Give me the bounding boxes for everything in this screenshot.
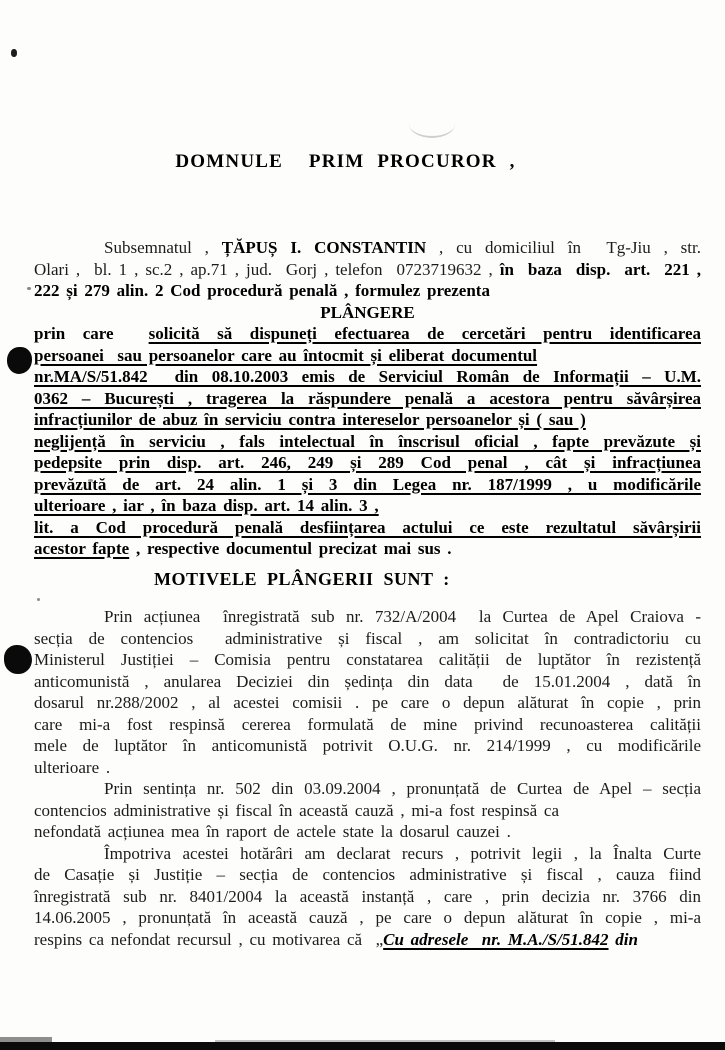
scan-speck xyxy=(37,598,40,601)
text-segment: pedepsite prin disp. art. 246, 249 și 28… xyxy=(34,453,701,472)
text-segment: nr.MA/S/51.842 din 08.10.2003 emis de Se… xyxy=(34,367,701,386)
petition-line10: lit. a Cod procedură penală desființarea… xyxy=(34,517,701,539)
text-segment: ȚĂPUȘ I. CONSTANTIN xyxy=(222,238,426,257)
para2-line5: dosarul nr.288/2002 , al acestei comisii… xyxy=(34,692,701,714)
scanned-page: DOMNULE PRIM PROCUROR , Subsemnatul , ȚĂ… xyxy=(0,0,725,1050)
text-segment: neglijență în serviciu , fals intelectua… xyxy=(34,432,701,451)
text-segment: lit. a Cod procedură penală desființarea… xyxy=(34,518,701,537)
text-segment: Cu adresele nr. M.A./S/51.842 xyxy=(383,930,608,949)
para2-line2: secția de contencios administrative și f… xyxy=(34,628,701,650)
text-segment: 0362 – București , tragerea la răspunder… xyxy=(34,389,701,408)
text-segment: persoanei sau persoanelor care au întocm… xyxy=(34,346,537,365)
text-segment: de Casație și Justiție – secția de conte… xyxy=(34,865,701,884)
text-segment: Ministerul Justiției – Comisia pentru co… xyxy=(34,650,701,669)
text-segment: Prin acțiunea înregistrată sub nr. 732/A… xyxy=(104,607,701,626)
petition-line5: infracțiunilor de abuz în serviciu contr… xyxy=(34,409,701,431)
text-segment: , respective documentul precizat mai sus… xyxy=(129,539,451,558)
para2-line1: Prin acțiunea înregistrată sub nr. 732/A… xyxy=(34,606,701,628)
para4-line1: Împotriva acestei hotărâri am declarat r… xyxy=(34,843,701,865)
text-segment: prin care xyxy=(34,324,149,343)
text-segment: solicită să dispuneți efectuarea de cerc… xyxy=(149,324,701,343)
text-segment: ulterioare . xyxy=(34,758,110,777)
text-segment: „ xyxy=(376,930,384,949)
plangere-heading: PLÂNGERE xyxy=(34,302,701,324)
text-segment: MOTIVELE PLÂNGERII SUNT : xyxy=(154,569,450,589)
text-segment: prevăzută de art. 24 alin. 1 și 3 din Le… xyxy=(34,475,701,494)
text-segment: în baza disp. art. 221 , xyxy=(500,260,701,279)
scan-speck xyxy=(11,49,17,57)
text-segment: ulterioare , iar , în baza disp. art. 14… xyxy=(34,496,379,515)
para2-line4: anticomunistă , anularea Deciziei din șe… xyxy=(34,671,701,693)
para3-line3: nefondată acțiunea mea în raport de acte… xyxy=(34,821,701,843)
text-segment: dosarul nr.288/2002 , al acestei comisii… xyxy=(34,693,701,712)
para4-line5: respins ca nefondat recursul , cu motiva… xyxy=(34,929,701,951)
text-segment: din xyxy=(609,930,638,949)
scan-speck xyxy=(27,287,31,290)
para1-line1: Subsemnatul , ȚĂPUȘ I. CONSTANTIN , cu d… xyxy=(34,237,701,259)
petition-line1: prin care solicită să dispuneți efectuar… xyxy=(34,323,701,345)
para3-line1: Prin sentința nr. 502 din 03.09.2004 , p… xyxy=(34,778,701,800)
scan-arc-artifact xyxy=(409,114,455,138)
para4-line2: de Casație și Justiție – secția de conte… xyxy=(34,864,701,886)
scan-speck xyxy=(88,479,93,482)
para2-line3: Ministerul Justiției – Comisia pentru co… xyxy=(34,649,701,671)
petition-line4: 0362 – București , tragerea la răspunder… xyxy=(34,388,701,410)
hole-punch-mark xyxy=(4,645,32,674)
text-segment: respins ca nefondat recursul , cu motiva… xyxy=(34,930,376,949)
petition-line6: neglijență în serviciu , fals intelectua… xyxy=(34,431,701,453)
para2-line8: ulterioare . xyxy=(34,757,701,779)
para4-line3: înregistrată sub nr. 8401/2004 la aceast… xyxy=(34,886,701,908)
text-segment: 14.06.2005 , pronunțată în această cauză… xyxy=(34,908,701,927)
text-segment: , cu domiciliul în Tg-Jiu , str. xyxy=(426,238,701,257)
text-segment: PLÂNGERE xyxy=(320,303,414,322)
text-segment: contencios administrative și fiscal în a… xyxy=(34,801,559,820)
motives-heading: MOTIVELE PLÂNGERII SUNT : xyxy=(34,569,701,591)
hole-punch-mark xyxy=(7,347,32,374)
text-segment: 222 și 279 alin. 2 Cod procedură penală … xyxy=(34,281,490,300)
document-body: Subsemnatul , ȚĂPUȘ I. CONSTANTIN , cu d… xyxy=(34,237,701,950)
petition-line3: nr.MA/S/51.842 din 08.10.2003 emis de Se… xyxy=(34,366,701,388)
para1-line3: 222 și 279 alin. 2 Cod procedură penală … xyxy=(34,280,701,302)
para2-line6: care mi-a fost respinsă cererea formulat… xyxy=(34,714,701,736)
para3-line2: contencios administrative și fiscal în a… xyxy=(34,800,701,822)
text-segment: care mi-a fost respinsă cererea formulat… xyxy=(34,715,701,734)
text-segment: secția de contencios administrative și f… xyxy=(34,629,701,648)
text-segment: acestor fapte xyxy=(34,539,129,558)
text-segment: Prin sentința nr. 502 din 03.09.2004 , p… xyxy=(104,779,701,798)
para4-line4: 14.06.2005 , pronunțată în această cauză… xyxy=(34,907,701,929)
petition-line9: ulterioare , iar , în baza disp. art. 14… xyxy=(34,495,701,517)
petition-line7: pedepsite prin disp. art. 246, 249 și 28… xyxy=(34,452,701,474)
scan-edge-bar xyxy=(0,1042,725,1050)
petition-line8: prevăzută de art. 24 alin. 1 și 3 din Le… xyxy=(34,474,701,496)
text-segment: infracțiunilor de abuz în serviciu contr… xyxy=(34,410,586,429)
para2-line7: mele de luptător în anticomunistă potriv… xyxy=(34,735,701,757)
text-segment: nefondată acțiunea mea în raport de acte… xyxy=(34,822,511,841)
text-segment: anticomunistă , anularea Deciziei din șe… xyxy=(34,672,701,691)
text-segment: Olari , bl. 1 , sc.2 , ap.71 , jud. Gorj… xyxy=(34,260,500,279)
petition-line2: persoanei sau persoanelor care au întocm… xyxy=(34,345,701,367)
text-segment: Împotriva acestei hotărâri am declarat r… xyxy=(104,844,701,863)
text-segment: înregistrată sub nr. 8401/2004 la aceast… xyxy=(34,887,701,906)
petition-line11: acestor fapte , respective documentul pr… xyxy=(34,538,701,560)
text-segment: mele de luptător în anticomunistă potriv… xyxy=(34,736,701,755)
text-segment: Subsemnatul , xyxy=(104,238,222,257)
para1-line2: Olari , bl. 1 , sc.2 , ap.71 , jud. Gorj… xyxy=(34,259,701,281)
document-title: DOMNULE PRIM PROCUROR , xyxy=(34,151,657,173)
